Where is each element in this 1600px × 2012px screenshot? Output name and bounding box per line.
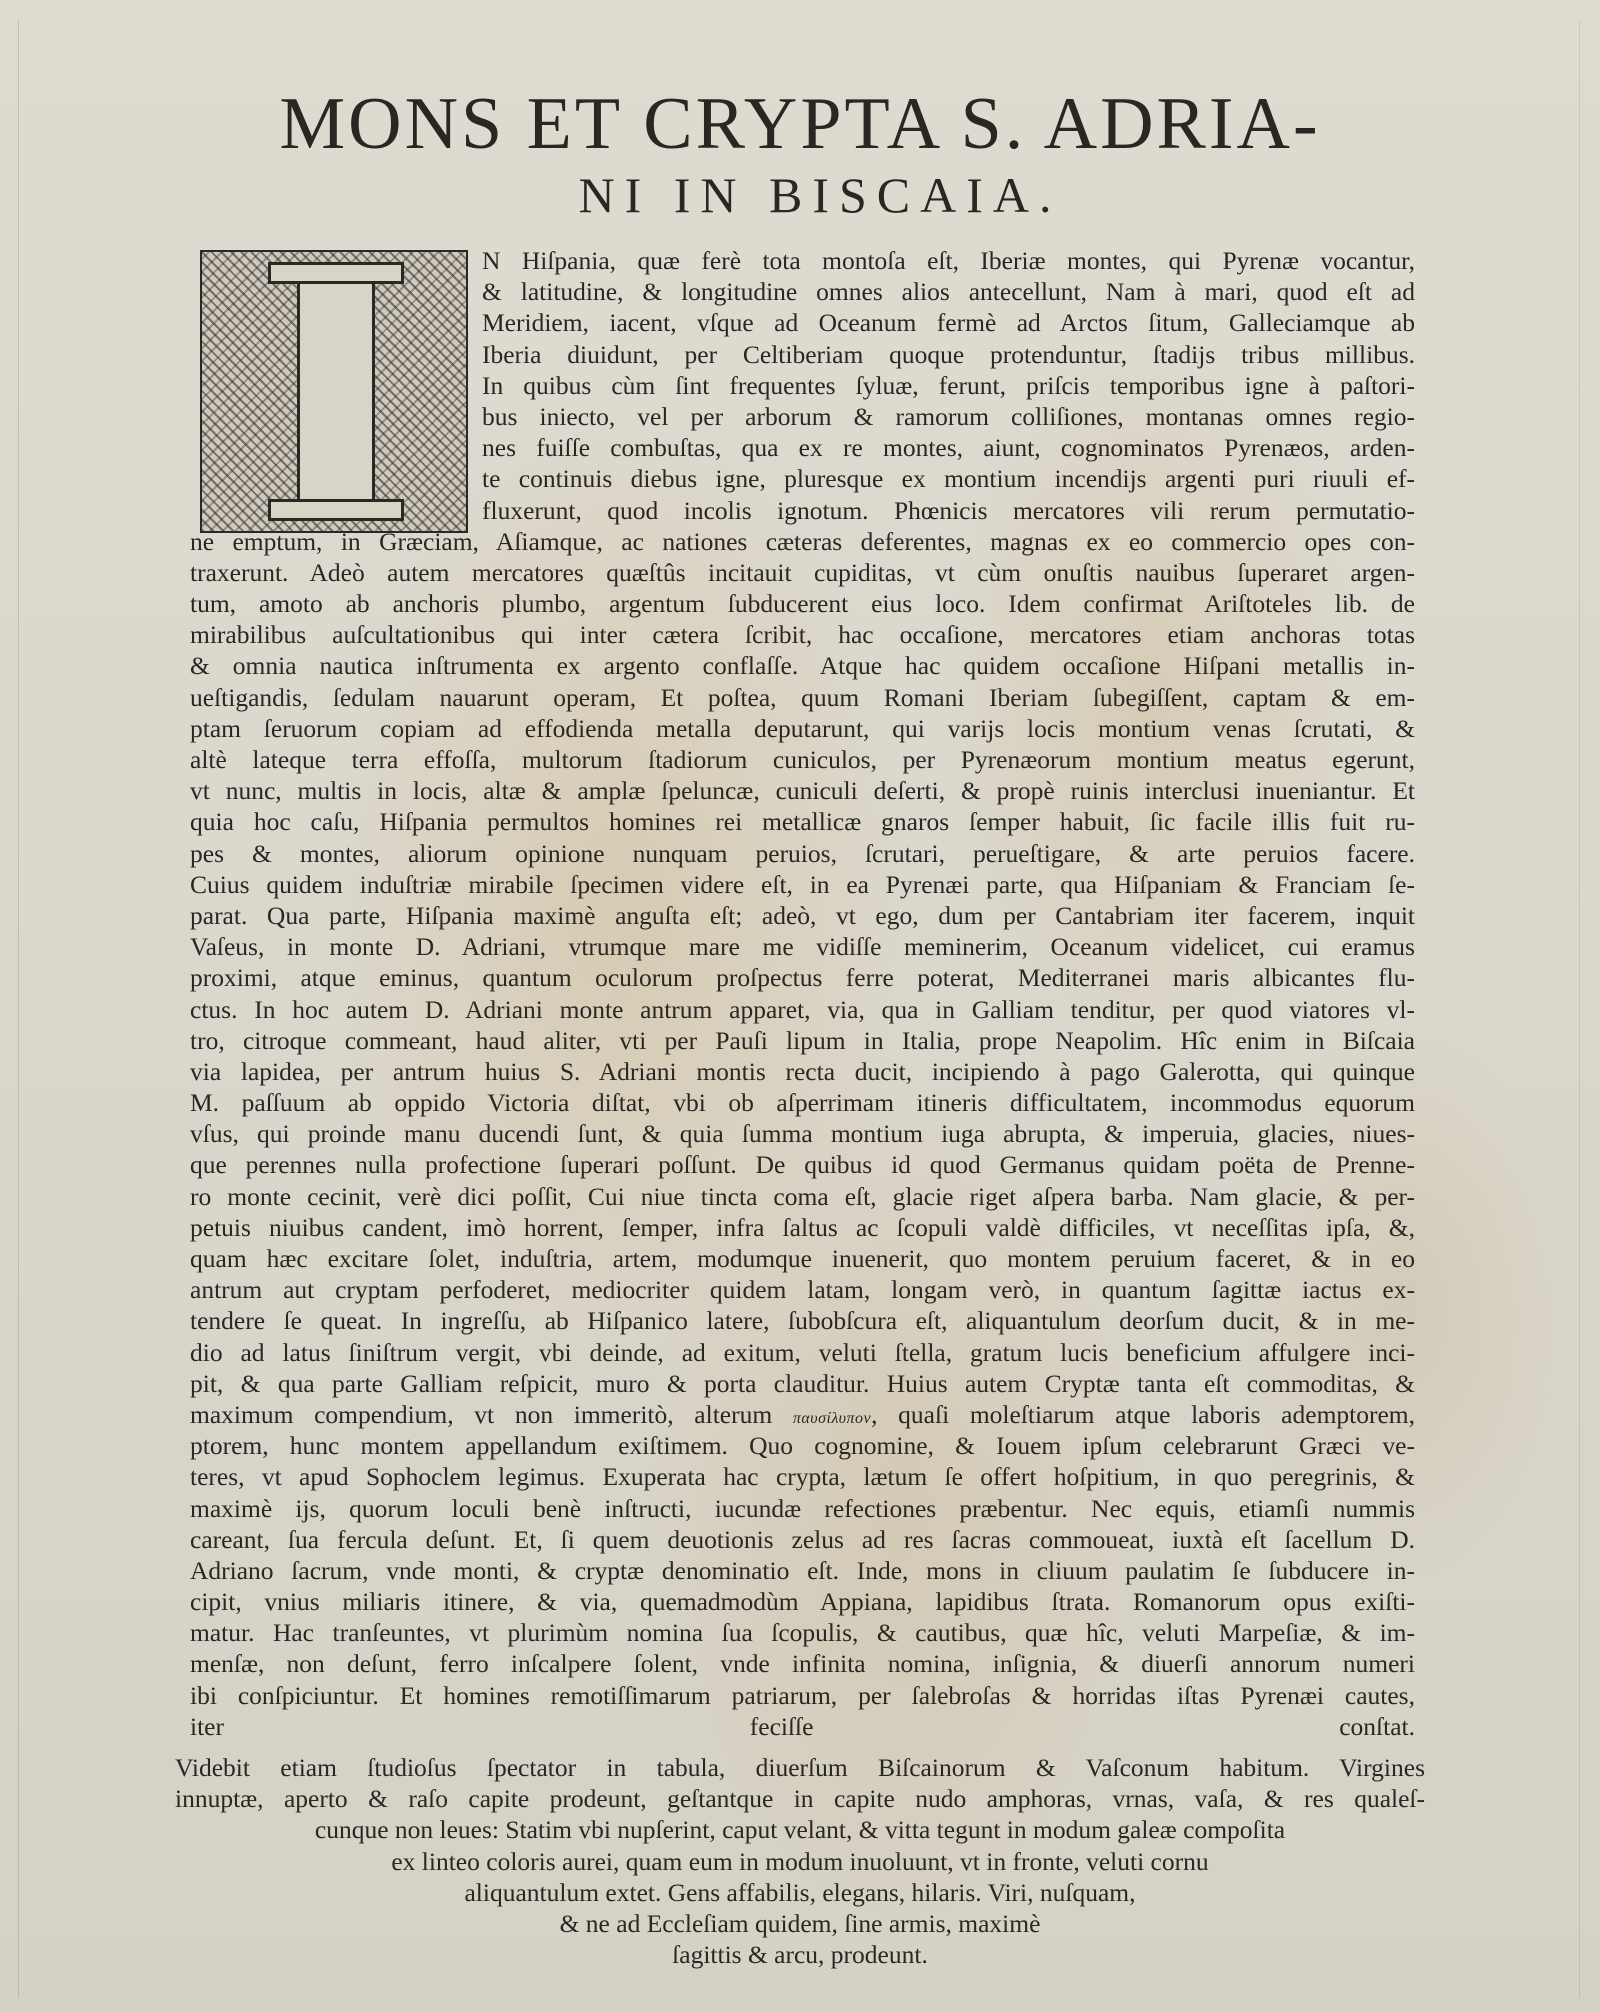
text-line: Iberia diuidunt, per Celtiberiam quoque … [190,339,1415,370]
text-line: menſæ, non deſunt, ferro inſcalpere ſole… [190,1648,1415,1679]
text-line: ro monte cecinit, verè dici poſſit, Cui … [190,1181,1415,1212]
text-line: tum, amoto ab anchoris plumbo, argentum … [190,588,1415,619]
text-line: Cuius quidem induſtriæ mirabile ſpecimen… [190,869,1415,900]
page-title: MONS ET CRYPTA S. ADRIA- NI IN BISCAIA. [140,84,1460,226]
text-line: In quibus cùm ſint frequentes ſyluæ, fer… [190,370,1415,401]
text-line: via lapidea, per antrum huius S. Adriani… [190,1056,1415,1087]
text-line: pit, & qua parte Galliam reſpicit, muro … [190,1368,1415,1399]
text-line: & omnia nautica inſtrumenta ex argento c… [190,650,1415,681]
text-line: teres, vt apud Sophoclem legimus. Exuper… [190,1461,1415,1492]
text-line: bus iniecto, vel per arborum & ramorum c… [190,401,1415,432]
text-line: ibi conſpiciuntur. Et homines remotiſſim… [190,1680,1415,1711]
title-line-2: NI IN BISCAIA. [140,164,1460,226]
text-line: ptam ſeruorum copiam ad effodienda metal… [190,713,1415,744]
greek-word: παυσίλυπον [793,1410,871,1427]
text-line: Meridiem, iacent, vſque ad Oceanum fermè… [190,307,1415,338]
closing-paragraph: Videbit etiam ſtudioſus ſpectator in tab… [150,1752,1450,1970]
text-line: vt nunc, multis in locis, altæ & amplæ ſ… [190,775,1415,806]
closing-line: innuptæ, aperto & raſo capite prodeunt, … [175,1783,1425,1814]
text-line: pes & montes, aliorum opinione nunquam p… [190,838,1415,869]
body-text: N Hiſpania, quæ ferè tota montoſa eſt, I… [190,245,1415,1742]
text-line: careant, ſua fercula deſunt. Et, ſi quem… [190,1524,1415,1555]
text-line: que perennes nulla profectione ſuperari … [190,1149,1415,1180]
text-line: traxerunt. Adeò autem mercatores quæſtûs… [190,557,1415,588]
text-line: & latitudine, & longitudine omnes alios … [190,276,1415,307]
closing-line: ſagittis & arcu, prodeunt. [570,1939,1030,1970]
text-line: proximi, atque eminus, quantum oculorum … [190,962,1415,993]
closing-line: cunque non leues: Statim vbi nupſerint, … [275,1814,1325,1845]
text-line: ueſtigandis, ſedulam nauarunt operam, Et… [190,682,1415,713]
text-line: tro, citroque commeant, haud aliter, vti… [190,1025,1415,1056]
text-line: altè lateque terra effoſſa, multorum ſta… [190,744,1415,775]
text-line: mirabilibus auſcultationibus qui inter c… [190,619,1415,650]
text-line: cipit, vnius miliaris itinere, & via, qu… [190,1586,1415,1617]
closing-line: Videbit etiam ſtudioſus ſpectator in tab… [175,1752,1425,1783]
text-line: matur. Hac tranſeuntes, vt plurimùm nomi… [190,1617,1415,1648]
title-line-1: MONS ET CRYPTA S. ADRIA- [140,84,1460,164]
text-line: vſus, qui proinde manu ducendi ſunt, & q… [190,1118,1415,1149]
text-line: M. paſſuum ab oppido Victoria diſtat, vb… [190,1087,1415,1118]
text-line: maximè ijs, quorum loculi benè inſtructi… [190,1493,1415,1524]
text-line: ptorem, hunc montem appellandum exiſtime… [190,1430,1415,1461]
text-line: fluxerunt, quod incolis ignotum. Phœnici… [190,495,1415,526]
closing-line: aliquantulum extet. Gens affabilis, eleg… [390,1877,1210,1908]
closing-line: ex linteo coloris aurei, quam eum in mod… [340,1846,1260,1877]
text-line: maximum compendium, vt non immeritò, alt… [190,1399,1415,1430]
text-line: quam hæc excitare ſolet, induſtria, arte… [190,1243,1415,1274]
text-line: parat. Qua parte, Hiſpania maximè anguſt… [190,900,1415,931]
text-line: ctus. In hoc autem D. Adriani monte antr… [190,994,1415,1025]
text-line: nes fuiſſe combuſtas, qua ex re montes, … [190,432,1415,463]
text-line: tendere ſe queat. In ingreſſu, ab Hiſpan… [190,1305,1415,1336]
text-line: iter feciſſe conſtat. [190,1711,1415,1742]
text-line: ne emptum, in Græciam, Aſiamque, ac nati… [190,526,1415,557]
text-line: Adriano ſacrum, vnde monti, & cryptæ den… [190,1555,1415,1586]
text-line: te continuis diebus igne, pluresque ex m… [190,463,1415,494]
closing-line: & ne ad Eccleſiam quidem, ſine armis, ma… [480,1908,1120,1939]
text-line: quia hoc caſu, Hiſpania permultos homine… [190,806,1415,837]
text-line: N Hiſpania, quæ ferè tota montoſa eſt, I… [190,245,1415,276]
text-line: dio ad latus ſiniſtrum vergit, vbi deind… [190,1337,1415,1368]
text-line: antrum aut cryptam perfoderet, mediocrit… [190,1274,1415,1305]
text-line: petuis niuibus candent, imò horrent, ſem… [190,1212,1415,1243]
text-line: Vaſeus, in monte D. Adriani, vtrumque ma… [190,931,1415,962]
